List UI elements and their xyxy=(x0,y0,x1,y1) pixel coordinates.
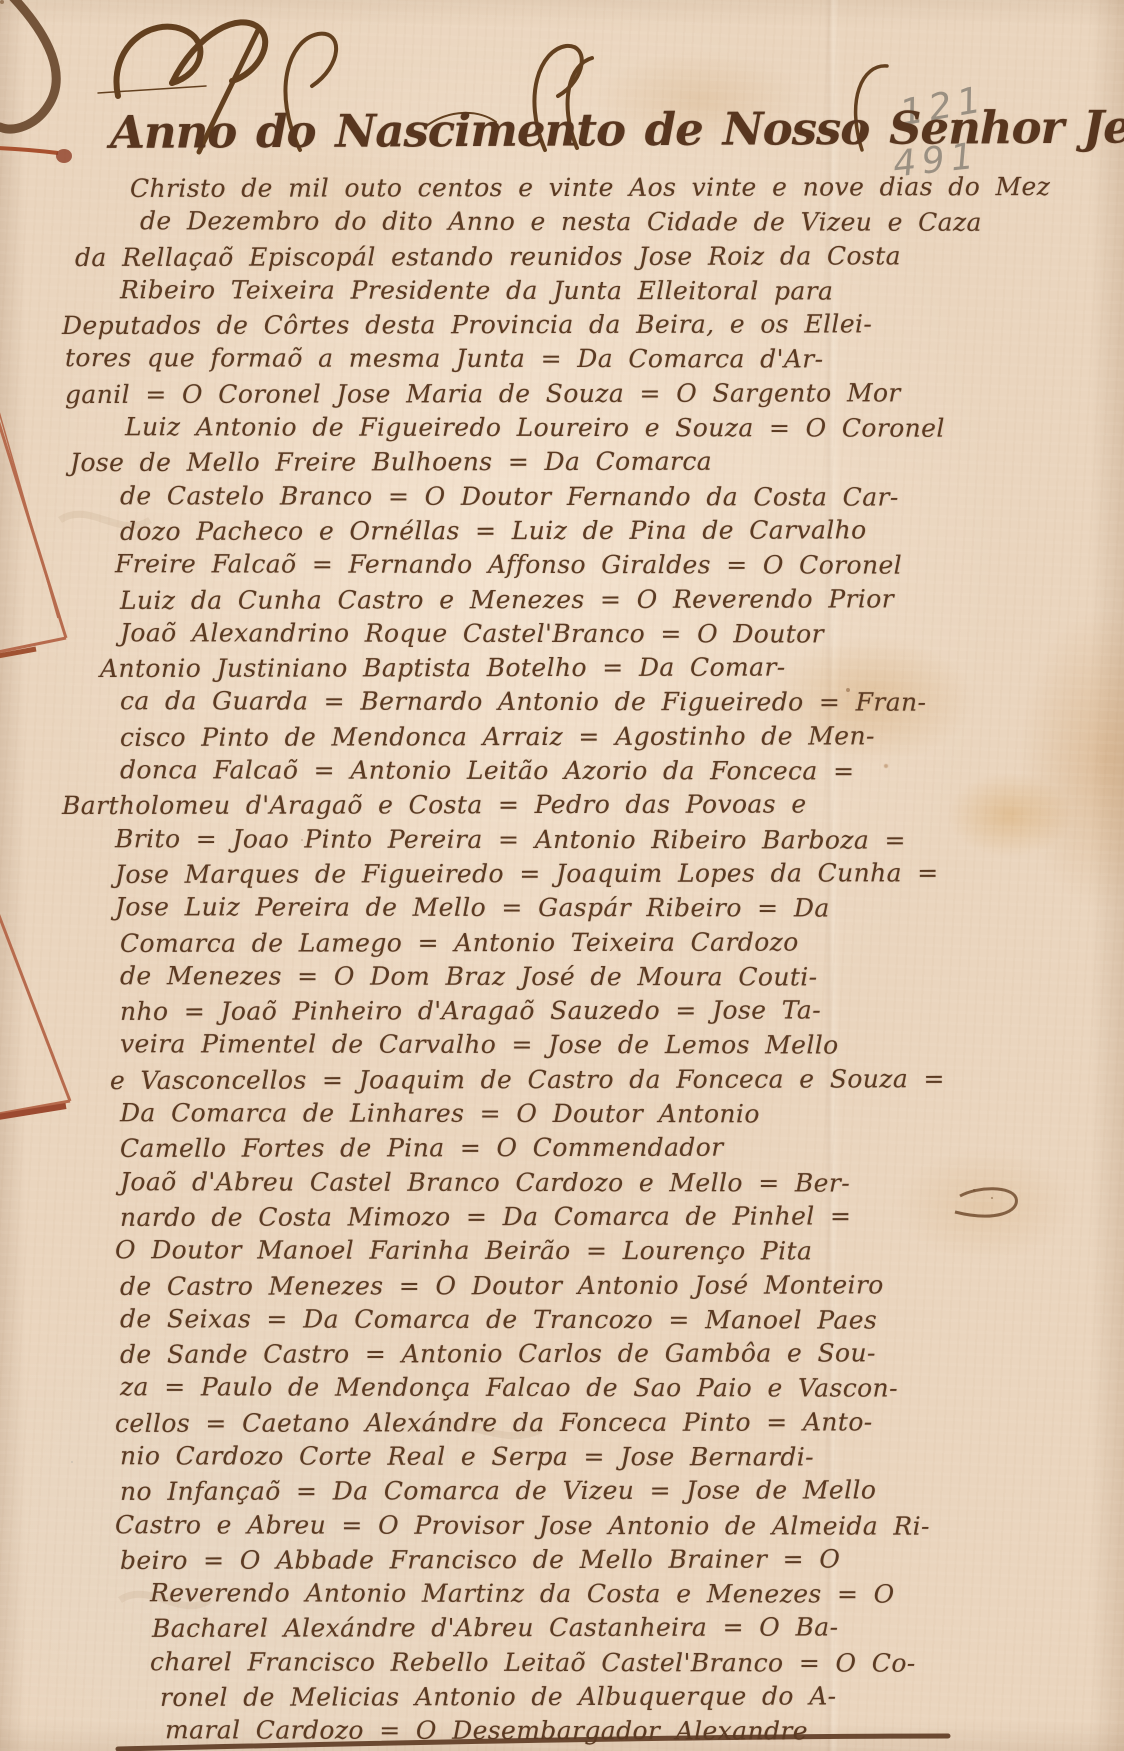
manuscript-line: de Castro Menezes = O Doutor Antonio Jos… xyxy=(0,1267,1124,1304)
manuscript-line: Da Comarca de Linhares = O Doutor Antoni… xyxy=(0,1096,1124,1132)
manuscript-line: Deputados de Côrtes desta Provincia da B… xyxy=(0,307,1124,344)
manuscript-line: Jose de Mello Freire Bulhoens = Da Comar… xyxy=(0,444,1124,481)
manuscript-line: nardo de Costa Mimozo = Da Comarca de Pi… xyxy=(0,1199,1124,1236)
manuscript-line: Luiz da Cunha Castro e Menezes = O Rever… xyxy=(0,581,1124,618)
manuscript-line: de Sande Castro = Antonio Carlos de Gamb… xyxy=(0,1336,1124,1373)
manuscript-line: nio Cardozo Corte Real e Serpa = Jose Be… xyxy=(0,1439,1124,1475)
binding-thread xyxy=(0,148,58,153)
manuscript-line: Bartholomeu d'Aragaõ e Costa = Pedro das… xyxy=(0,787,1124,824)
manuscript-line: Antonio Justiniano Baptista Botelho = Da… xyxy=(0,650,1124,687)
manuscript-line: Reverendo Antonio Martinz da Costa e Men… xyxy=(0,1576,1124,1612)
manuscript-line: Jose Luiz Pereira de Mello = Gaspár Ribe… xyxy=(0,890,1124,926)
ink-specks xyxy=(0,0,4,4)
manuscript-page: 121 491 Anno do Nascimento de Nosso Senh… xyxy=(0,0,1124,1751)
manuscript-body: Christo de mil outo centos e vinte Aos v… xyxy=(0,171,1124,1749)
left-ink-flourish xyxy=(0,0,56,129)
manuscript-line: veira Pimentel de Carvalho = Jose de Lem… xyxy=(0,1027,1124,1063)
manuscript-line: de Menezes = O Dom Braz José de Moura Co… xyxy=(0,959,1124,995)
manuscript-line: nho = Joaõ Pinheiro d'Aragaõ Sauzedo = J… xyxy=(0,993,1124,1030)
manuscript-line: Comarca de Lamego = Antonio Teixeira Car… xyxy=(0,924,1124,961)
manuscript-line: no Infançaõ = Da Comarca de Vizeu = Jose… xyxy=(0,1473,1124,1510)
document-heading: Anno do Nascimento de Nosso Senhor Jezús xyxy=(110,100,1124,159)
manuscript-line: charel Francisco Rebello Leitaõ Castel'B… xyxy=(0,1645,1124,1681)
manuscript-line: cisco Pinto de Mendonca Arraiz = Agostin… xyxy=(0,719,1124,756)
manuscript-line: ganil = O Coronel Jose Maria de Souza = … xyxy=(0,376,1124,413)
manuscript-line: Freire Falcaõ = Fernando Affonso Giralde… xyxy=(0,547,1124,583)
manuscript-line: ca da Guarda = Bernardo Antonio de Figue… xyxy=(0,684,1124,720)
manuscript-line: cellos = Caetano Alexándre da Fonceca Pi… xyxy=(0,1405,1124,1442)
manuscript-line: tores que formaõ a mesma Junta = Da Coma… xyxy=(0,342,1124,378)
manuscript-line: de Dezembro do dito Anno e nesta Cidade … xyxy=(0,204,1124,240)
manuscript-line: Jose Marques de Figueiredo = Joaquim Lop… xyxy=(0,856,1124,893)
manuscript-line: e Vasconcellos = Joaquim de Castro da Fo… xyxy=(0,1062,1124,1099)
manuscript-line: Christo de mil outo centos e vinte Aos v… xyxy=(0,170,1124,207)
manuscript-line: Castro e Abreu = O Provisor Jose Antonio… xyxy=(0,1508,1124,1544)
manuscript-line: de Castelo Branco = O Doutor Fernando da… xyxy=(0,479,1124,515)
manuscript-line: Bacharel Alexándre d'Abreu Castanheira =… xyxy=(0,1610,1124,1647)
manuscript-line: ronel de Melicias Antonio de Albuquerque… xyxy=(0,1679,1124,1716)
manuscript-line: dozo Pacheco e Ornéllas = Luiz de Pina d… xyxy=(0,513,1124,550)
manuscript-line: maral Cardozo = O Desembargador Alexandr… xyxy=(0,1713,1124,1749)
manuscript-line: da Rellaçaõ Episcopál estando reunidos J… xyxy=(0,238,1124,275)
manuscript-line: Joaõ Alexandrino Roque Castel'Branco = O… xyxy=(0,616,1124,652)
manuscript-line: donca Falcaõ = Antonio Leitão Azorio da … xyxy=(0,753,1124,789)
manuscript-line: O Doutor Manoel Farinha Beirão = Lourenç… xyxy=(0,1233,1124,1269)
manuscript-line: beiro = O Abbade Francisco de Mello Brai… xyxy=(0,1542,1124,1579)
wax-spot xyxy=(56,149,72,163)
manuscript-line: Ribeiro Teixeira Presidente da Junta Ell… xyxy=(0,273,1124,309)
manuscript-line: de Seixas = Da Comarca de Trancozo = Man… xyxy=(0,1302,1124,1338)
manuscript-line: Joaõ d'Abreu Castel Branco Cardozo e Mel… xyxy=(0,1165,1124,1201)
manuscript-line: Brito = Joao Pinto Pereira = Antonio Rib… xyxy=(0,822,1124,858)
manuscript-line: Luiz Antonio de Figueiredo Loureiro e So… xyxy=(0,410,1124,446)
manuscript-line: Camello Fortes de Pina = O Commendador xyxy=(0,1130,1124,1167)
manuscript-line: za = Paulo de Mendonça Falcao de Sao Pai… xyxy=(0,1370,1124,1406)
